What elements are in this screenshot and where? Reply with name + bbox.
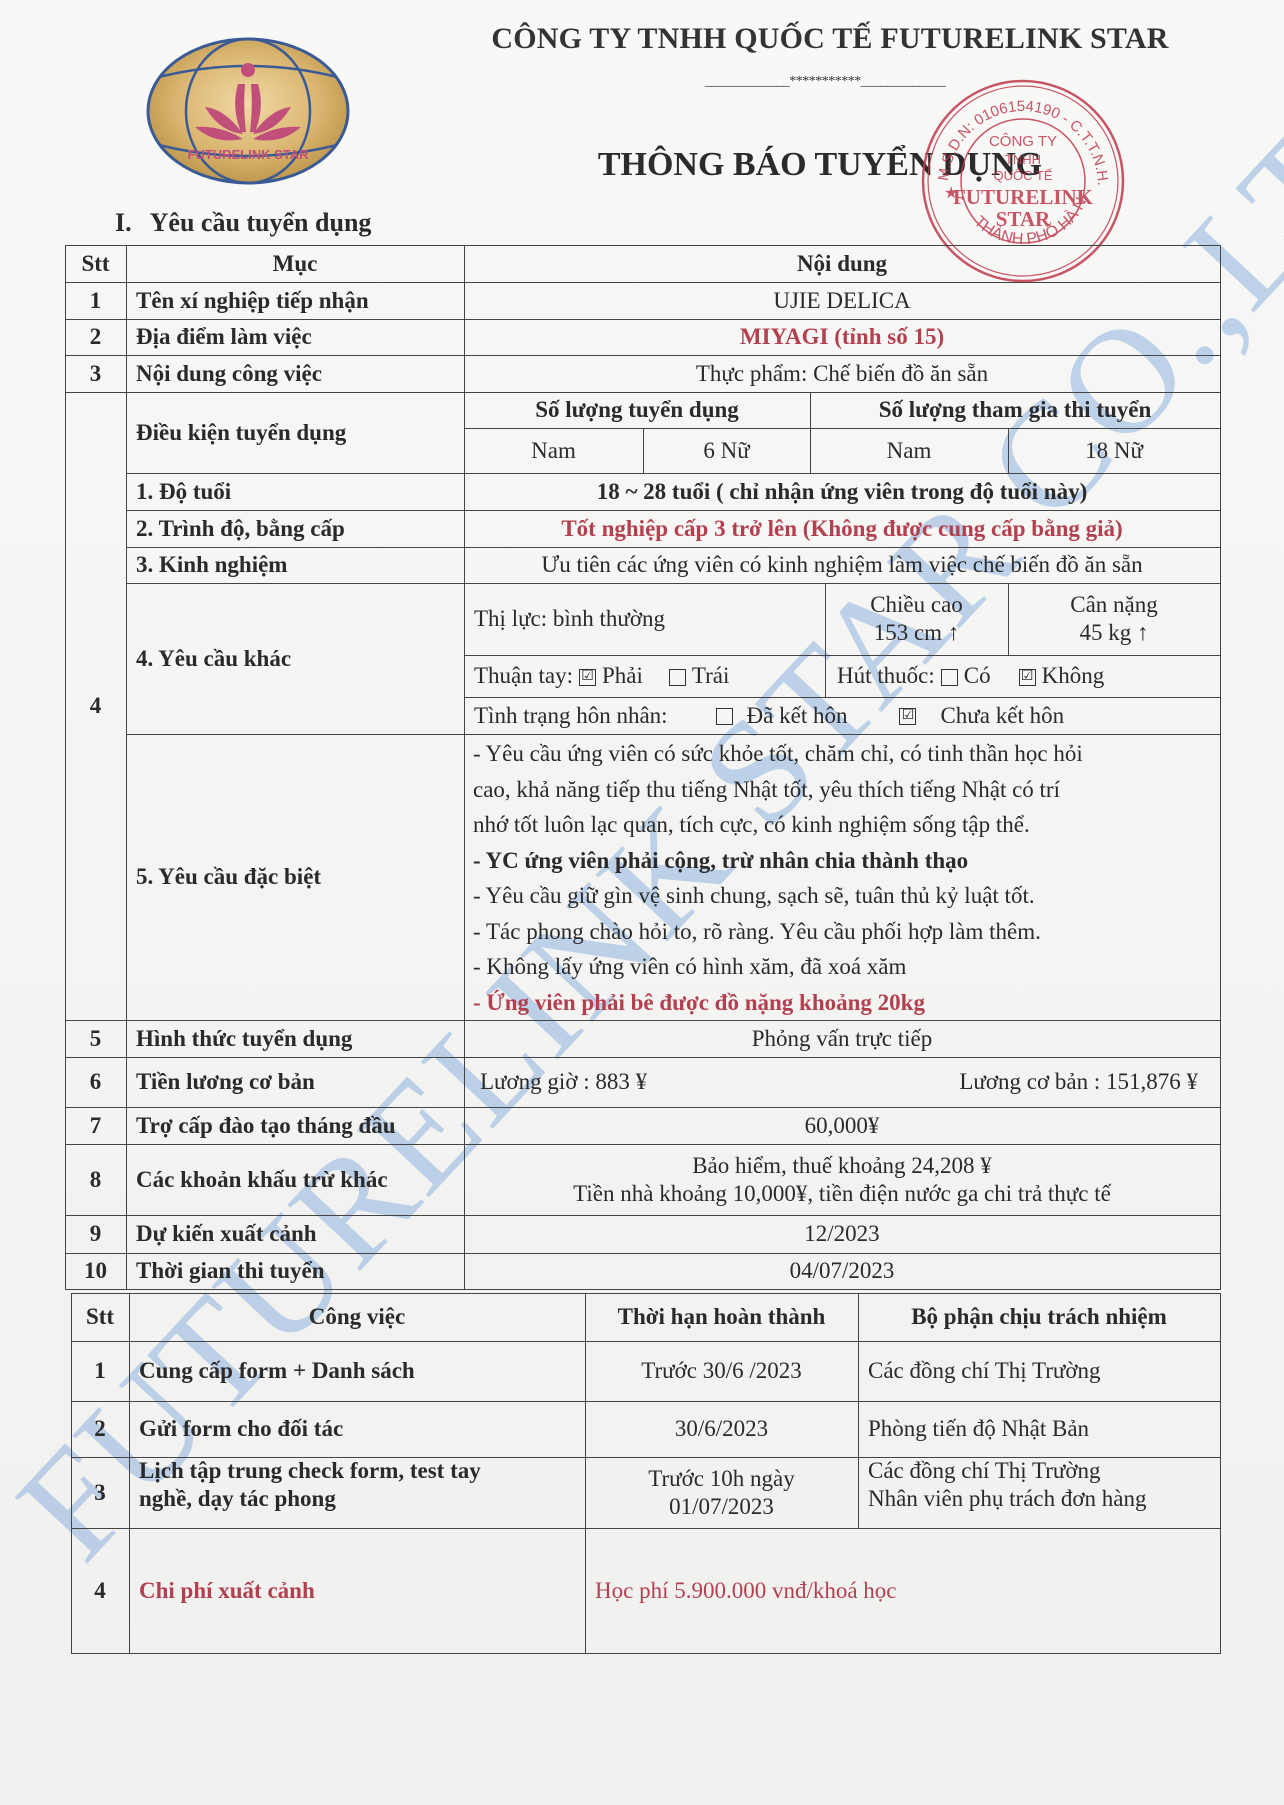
experience-value: Ưu tiên các ứng viên có kinh nghiệm làm … [464, 547, 1220, 583]
height-value: 153 cm ↑ [874, 619, 960, 647]
row-value-recruit-method: Phỏng vấn trực tiếp [464, 1020, 1220, 1057]
task-stt: 2 [71, 1401, 129, 1457]
recruit-female: 6 Nữ [643, 428, 810, 473]
header-stt: Stt [65, 245, 126, 282]
task-name: Lịch tập trung check form, test tay nghề… [129, 1457, 585, 1528]
row-item-recruit-method: Hình thức tuyển dụng [126, 1020, 464, 1057]
other-requirements-label: 4. Yêu cầu khác [126, 583, 464, 734]
row-value-exam-date: 04/07/2023 [464, 1253, 1220, 1289]
recruit-male: Nam [464, 428, 643, 473]
special-requirements-label: 5. Yêu cầu đặc biệt [126, 734, 464, 1020]
special-line: - Tác phong chào hỏi to, rõ ràng. Yêu cầ… [473, 914, 1213, 950]
handedness-left-checkbox[interactable] [669, 669, 686, 686]
marital-status: Tình trạng hôn nhân: Đã kết hôn ☑Chưa kế… [464, 697, 1220, 734]
header-item: Mục [126, 245, 464, 282]
smoking: Hút thuốc: Có ☑Không [825, 655, 1220, 697]
task-deadline: Trước 30/6 /2023 [585, 1341, 858, 1401]
special-line: - YC ứng viên phải cộng, trừ nhân chia t… [473, 843, 1213, 879]
special-line: - Không lấy ứng viên có hình xăm, đã xoá… [473, 949, 1213, 985]
row-stt: 2 [65, 319, 126, 355]
age-label: 1. Độ tuổi [126, 473, 464, 510]
row-item-salary: Tiền lương cơ bản [126, 1057, 464, 1107]
task-owner: Phòng tiến độ Nhật Bản [858, 1401, 1220, 1457]
row-value-company: UJIE DELICA [464, 282, 1220, 319]
task-name-exit-cost: Chi phí xuất cảnh [129, 1528, 585, 1653]
row-stt: 9 [65, 1215, 126, 1253]
task-deadline: 30/6/2023 [585, 1401, 858, 1457]
row-stt: 1 [65, 282, 126, 319]
base-salary: Lương cơ bản : 151,876 ¥ [959, 1068, 1198, 1096]
row-value-location: MIYAGI (tỉnh số 15) [464, 319, 1220, 355]
svg-text:STAR: STAR [996, 207, 1051, 231]
header-owner: Bộ phận chịu trách nhiệm [858, 1293, 1220, 1341]
company-logo: FUTURELINK STAR [145, 37, 351, 186]
special-line: nhớ tốt luôn lạc quan, tích cực, có kinh… [473, 807, 1213, 843]
task-owner: Các đồng chí Thị Trường [858, 1341, 1220, 1401]
row-item-location: Địa điểm làm việc [126, 319, 464, 355]
education-value: Tốt nghiệp cấp 3 trở lên (Không được cun… [464, 510, 1220, 547]
row-item-deductions: Các khoản khấu trừ khác [126, 1144, 464, 1215]
row-item-company: Tên xí nghiệp tiếp nhận [126, 282, 464, 319]
special-line: - Ứng viên phải bê được đồ nặng khoảng 2… [473, 985, 1213, 1021]
logo-text: FUTURELINK STAR [187, 147, 309, 162]
row-stt: 4 [65, 392, 126, 1020]
exam-female: 18 Nữ [1008, 428, 1220, 473]
task-owner: Các đồng chí Thị Trường Nhân viên phụ tr… [858, 1457, 1220, 1528]
row-value-deductions: Bảo hiểm, thuế khoảng 24,208 ¥ Tiền nhà … [464, 1144, 1220, 1215]
lotus-globe-icon: FUTURELINK STAR [145, 37, 351, 186]
row-item-exam-date: Thời gian thi tuyển [126, 1253, 464, 1289]
row-item-training-allowance: Trợ cấp đào tạo tháng đầu [126, 1107, 464, 1144]
smoking-no-checkbox[interactable]: ☑ [1019, 669, 1036, 686]
section-title: I.Yêu cầu tuyển dụng [115, 208, 371, 238]
handedness-right-checkbox[interactable]: ☑ [579, 669, 596, 686]
married-checkbox[interactable] [716, 708, 733, 725]
special-requirements-list: - Yêu cầu ứng viên có sức khỏe tốt, chăm… [473, 736, 1213, 1020]
row-stt: 8 [65, 1144, 126, 1215]
svg-text:TNHH: TNHH [1005, 152, 1041, 167]
handedness: Thuận tay: ☑Phải Trái [464, 655, 825, 697]
section-label: Yêu cầu tuyển dụng [150, 208, 372, 237]
row-value-departure: 12/2023 [464, 1215, 1220, 1253]
svg-text:QUỐC TẾ: QUỐC TẾ [994, 168, 1053, 183]
header-content: Nội dung [464, 245, 1220, 282]
eyesight: Thị lực: bình thường [464, 583, 825, 655]
age-value: 18 ~ 28 tuổi ( chỉ nhận ứng viên trong đ… [464, 473, 1220, 510]
conditions-label: Điều kiện tuyển dụng [126, 392, 464, 473]
exam-male: Nam [810, 428, 1008, 473]
task-name: Gửi form cho đối tác [129, 1401, 585, 1457]
special-line: - Yêu cầu giữ gìn vệ sinh chung, sạch sẽ… [473, 878, 1213, 914]
section-number: I. [115, 208, 132, 237]
hourly-wage: Lương giờ : 883 ¥ [480, 1068, 647, 1096]
special-line: cao, khả năng tiếp thu tiếng Nhật tốt, y… [473, 772, 1213, 808]
education-label: 2. Trình độ, bằng cấp [126, 510, 464, 547]
task-name: Cung cấp form + Danh sách [129, 1341, 585, 1401]
exit-cost-value: Học phí 5.900.000 vnđ/khoá học [585, 1528, 1220, 1653]
row-stt: 5 [65, 1020, 126, 1057]
exam-quantity-header: Số lượng tham gia thi tuyển [810, 392, 1220, 428]
company-name: CÔNG TY TNHH QUỐC TẾ FUTURELINK STAR [470, 22, 1190, 56]
header-stt: Stt [71, 1293, 129, 1341]
recruit-quantity-header: Số lượng tuyển dụng [464, 392, 810, 428]
row-value-job: Thực phẩm: Chế biến đồ ăn sẵn [464, 355, 1220, 392]
weight-requirement: Cân nặng 45 kg ↑ [1008, 583, 1220, 655]
row-stt: 6 [65, 1057, 126, 1107]
task-deadline: Trước 10h ngày 01/07/2023 [585, 1457, 858, 1528]
task-stt: 1 [71, 1341, 129, 1401]
height-label: Chiều cao [870, 591, 963, 619]
single-checkbox[interactable]: ☑ [899, 708, 916, 725]
row-value-training-allowance: 60,000¥ [464, 1107, 1220, 1144]
height-requirement: Chiều cao 153 cm ↑ [825, 583, 1008, 655]
weight-label: Cân nặng [1070, 591, 1158, 619]
row-item-departure: Dự kiến xuất cảnh [126, 1215, 464, 1253]
experience-label: 3. Kinh nghiệm [126, 547, 464, 583]
row-stt: 10 [65, 1253, 126, 1289]
task-stt: 3 [71, 1457, 129, 1528]
row-stt: 7 [65, 1107, 126, 1144]
header-deadline: Thời hạn hoàn thành [585, 1293, 858, 1341]
smoking-yes-checkbox[interactable] [941, 669, 958, 686]
row-item-job: Nội dung công việc [126, 355, 464, 392]
weight-value: 45 kg ↑ [1080, 619, 1149, 647]
svg-text:CÔNG TY: CÔNG TY [989, 133, 1057, 150]
svg-text:FUTURELINK: FUTURELINK [953, 185, 1094, 209]
special-line: - Yêu cầu ứng viên có sức khỏe tốt, chăm… [473, 736, 1213, 772]
task-stt: 4 [71, 1528, 129, 1653]
svg-text:★: ★ [944, 185, 958, 202]
header-task: Công việc [129, 1293, 585, 1341]
row-value-salary: Lương giờ : 883 ¥ Lương cơ bản : 151,876… [464, 1057, 1220, 1107]
row-stt: 3 [65, 355, 126, 392]
